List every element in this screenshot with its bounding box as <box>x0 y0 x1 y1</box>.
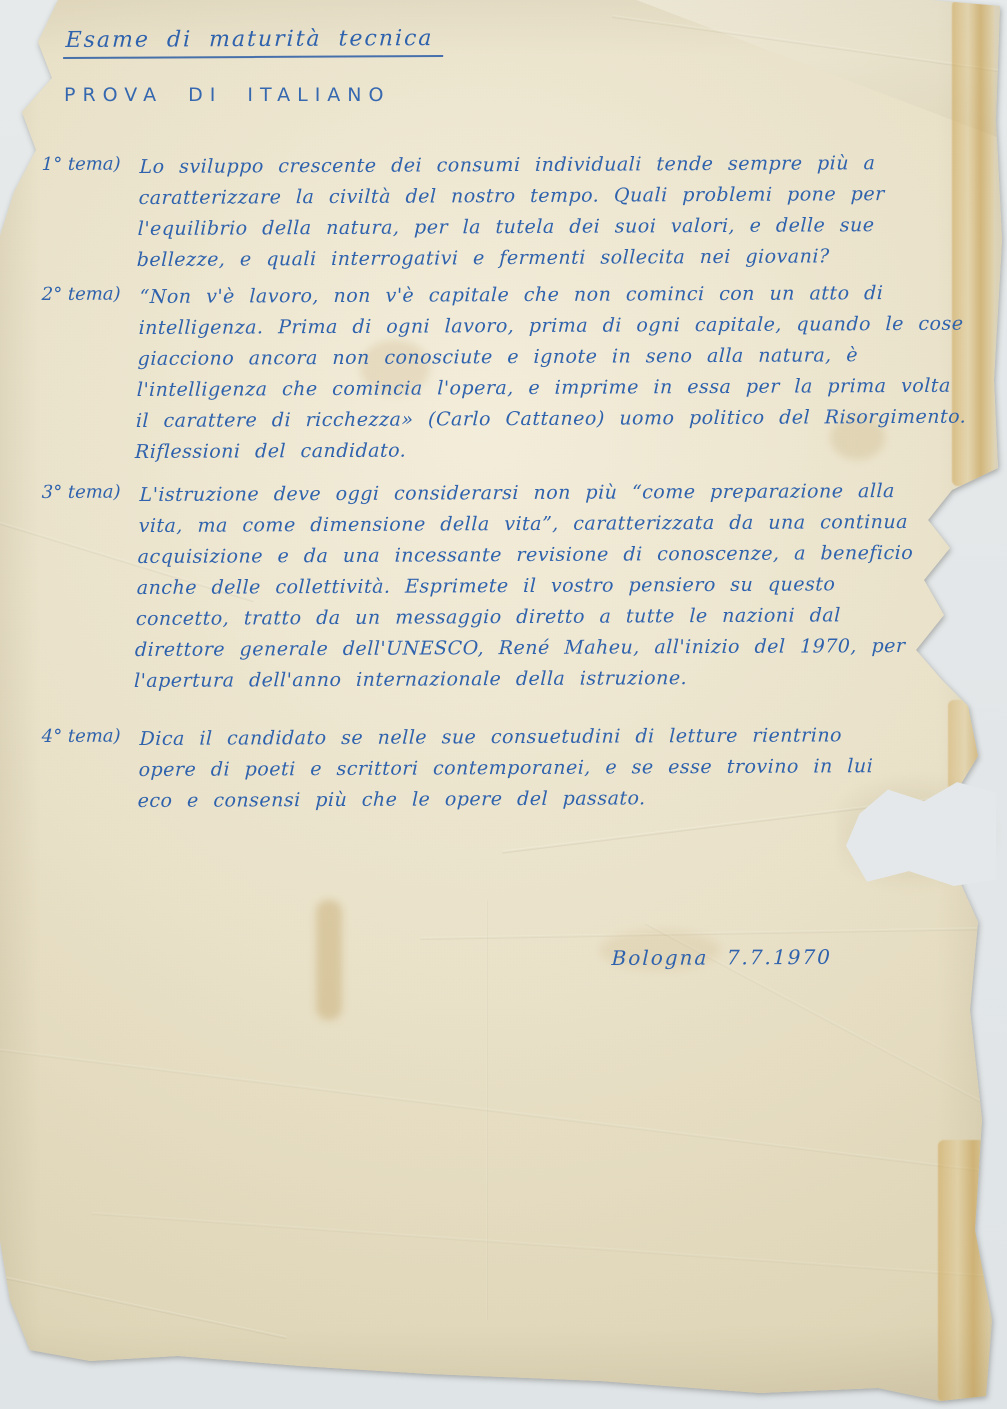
paper-sheet: Esame di maturità tecnica PROVA DI ITALI… <box>0 0 1007 1409</box>
crease-bottom-left-fold <box>0 1274 287 1339</box>
theme-4-label: 4° tema) <box>41 725 138 747</box>
theme-4-text: Dica il candidato se nelle sue consuetud… <box>137 720 908 817</box>
theme-3-label: 3° tema) <box>41 481 138 503</box>
tape-residue-right-bottom <box>938 1140 990 1402</box>
paper-shadow: Esame di maturità tecnica PROVA DI ITALI… <box>0 0 1007 1409</box>
crease-bottom-diagonal <box>0 1047 1007 1177</box>
theme-3-text: L'istruzione deve oggi considerarsi non … <box>134 476 941 697</box>
document-subtitle: PROVA DI ITALIANO <box>64 84 390 106</box>
crease-horizontal-mid <box>420 927 1000 940</box>
theme-2-label: 2° tema) <box>41 283 138 305</box>
stain-vertical-smudge <box>316 900 342 1020</box>
crease-bottom-diagonal-2 <box>91 1212 1007 1281</box>
theme-1-text: Lo sviluppo crescente dei consumi indivi… <box>136 148 972 276</box>
theme-1-label: 1° tema) <box>41 153 138 175</box>
crease-top-right <box>612 15 999 72</box>
document-title: Esame di maturità tecnica <box>63 26 444 59</box>
scanned-document: Esame di maturità tecnica PROVA DI ITALI… <box>0 0 1007 1409</box>
dateline: Bologna 7.7.1970 <box>611 945 832 970</box>
theme-2-text: “Non v'è lavoro, non v'è capitale che no… <box>134 278 978 468</box>
crease-vertical <box>486 900 488 1320</box>
tape-residue-right-mid <box>948 700 992 790</box>
